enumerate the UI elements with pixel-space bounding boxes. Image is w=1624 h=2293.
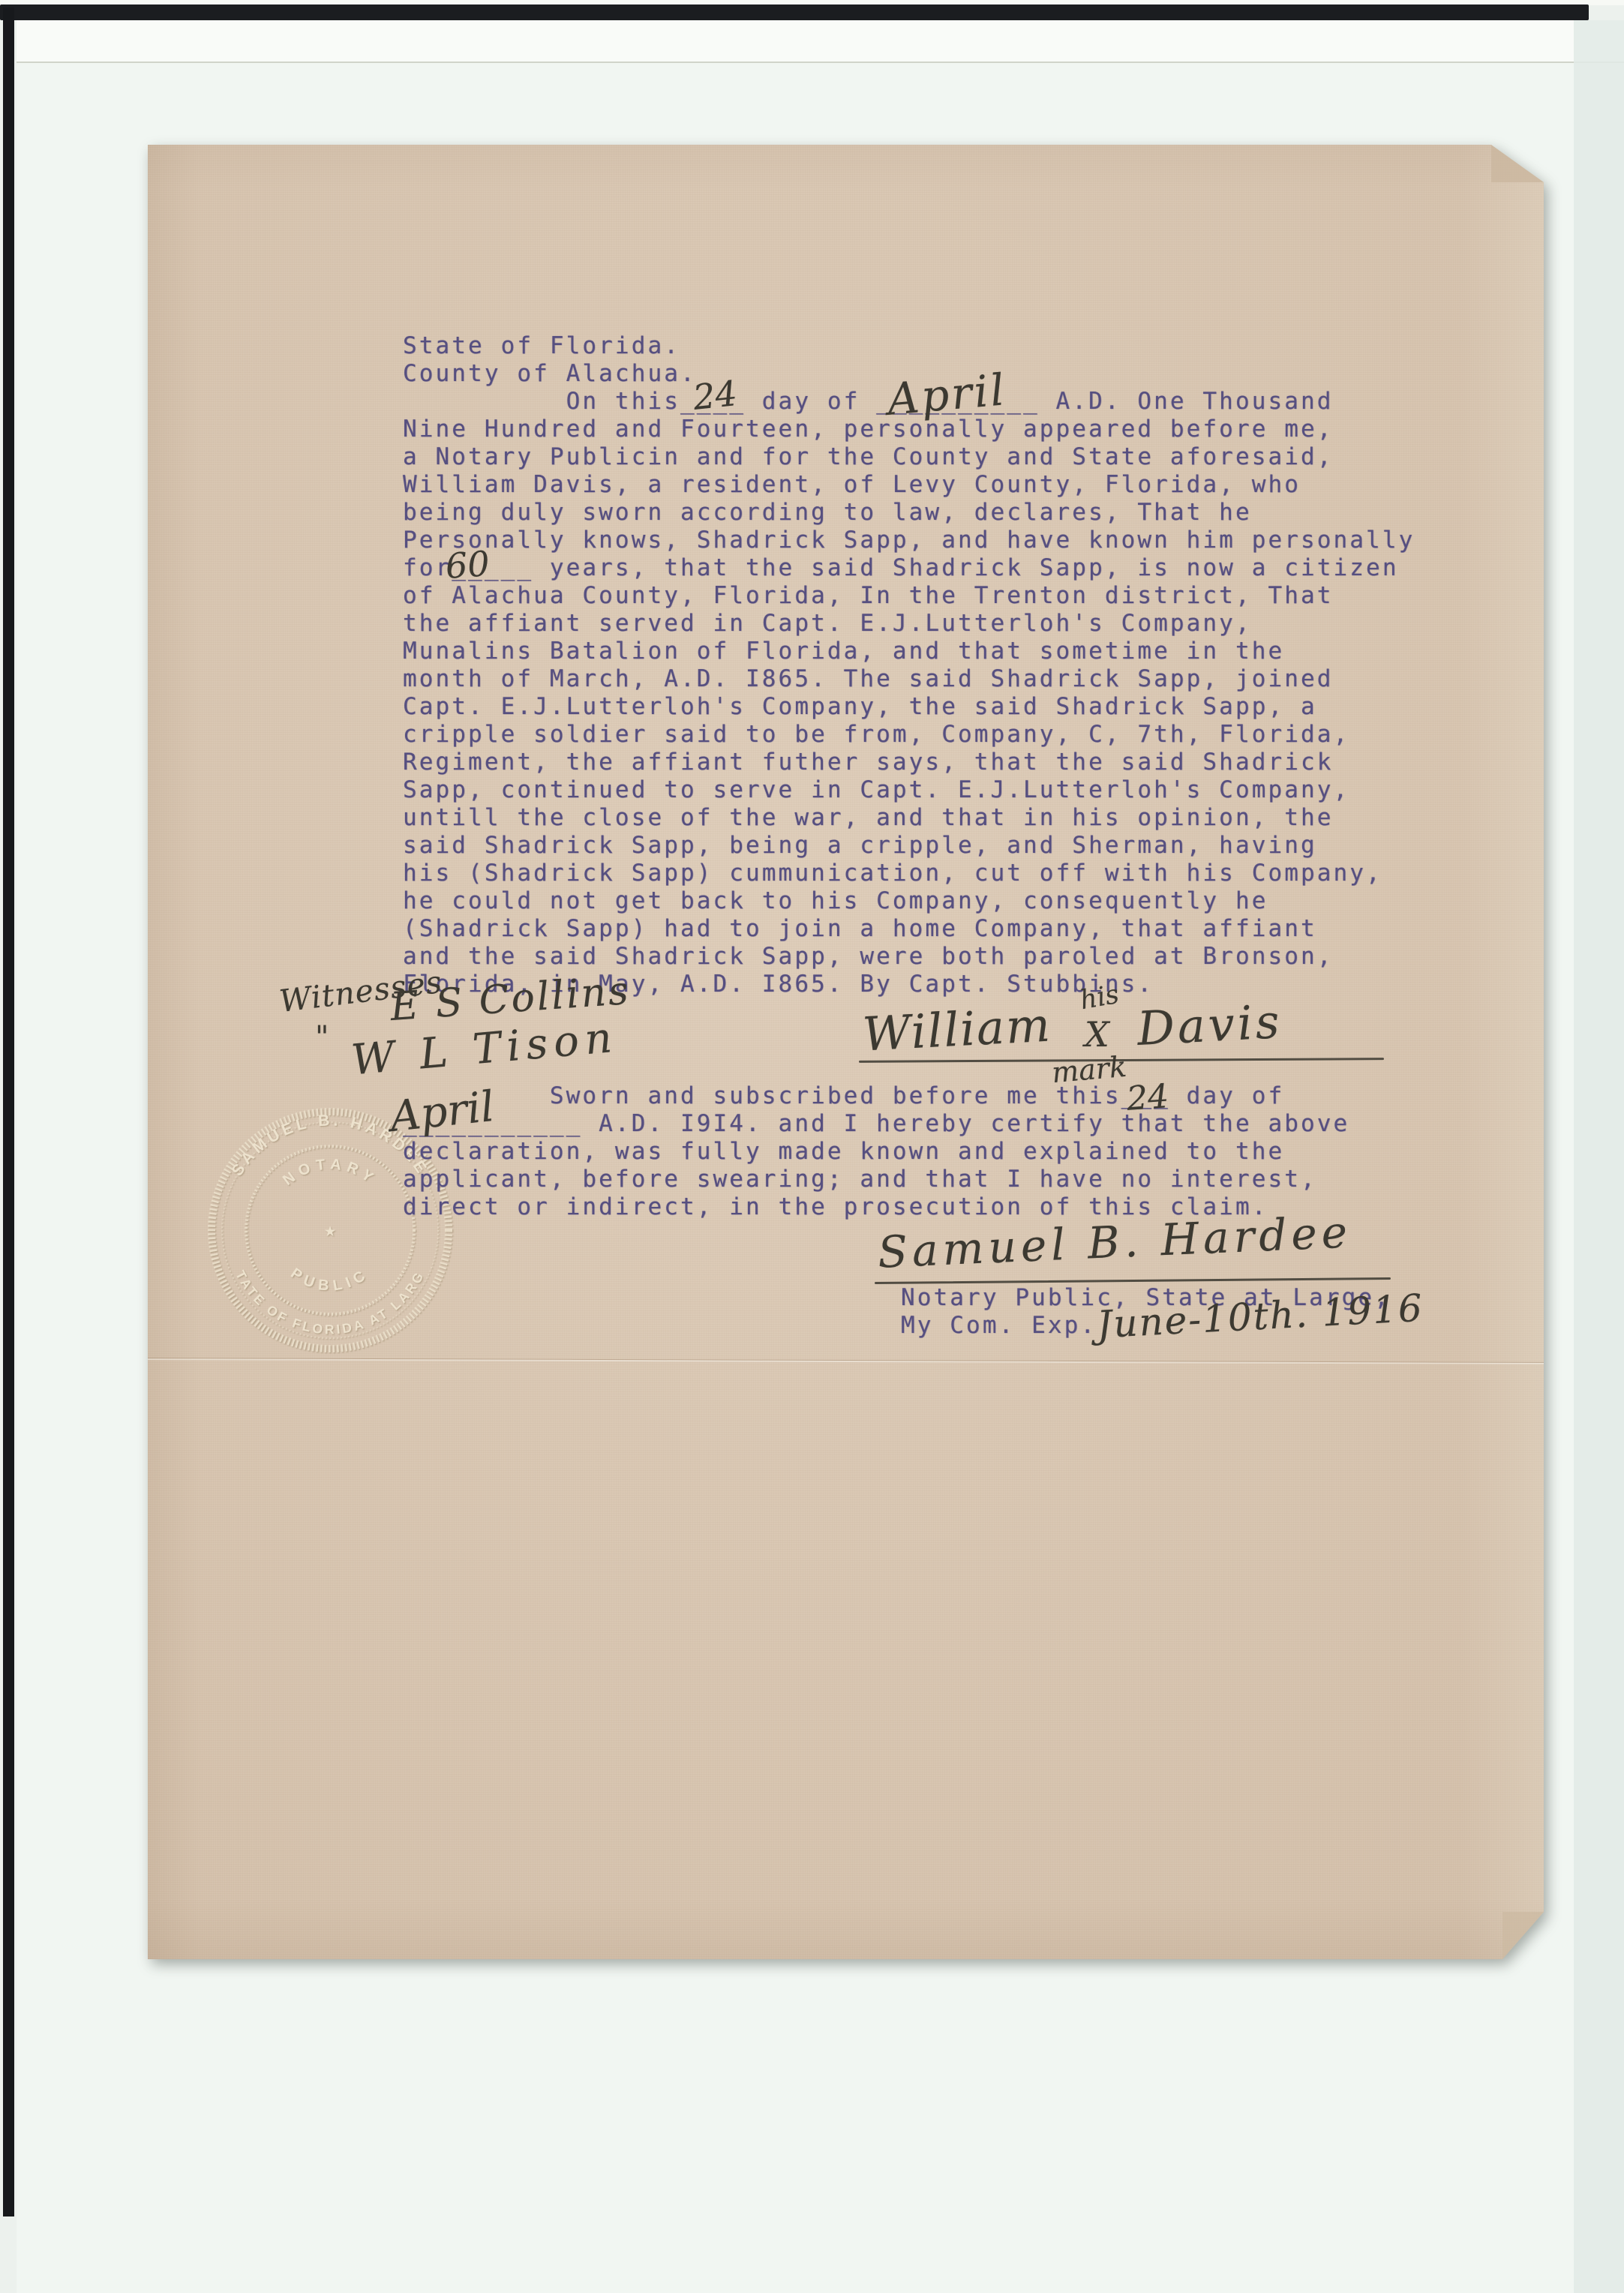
hw-month-entry-1: April: [885, 364, 1008, 425]
typed-line: William Davis, a resident, of Levy Count…: [403, 471, 1301, 498]
hw-day-entry-1: 24: [691, 373, 739, 418]
hw-signer-first-name: William: [861, 997, 1052, 1061]
backing-top-band: [17, 20, 1624, 62]
scanner-frame-top-bar: [0, 5, 1589, 20]
backing-seam-line: [17, 62, 1624, 63]
backing-right-shade: [1574, 20, 1624, 2293]
hw-ditto-mark: ": [315, 1020, 329, 1055]
hw-x-mark: X: [1085, 1014, 1109, 1055]
scanned-affidavit-page: { "palette": { "paper": "#dac7b2", "type…: [0, 0, 1624, 2293]
typed-line: On this____ day of __________ A.D. One T…: [403, 388, 1334, 415]
hw-years-known-entry: 60: [444, 543, 491, 587]
typed-line: of Alachua County, Florida, In the Trent…: [403, 582, 1334, 609]
typed-line: and the said Shadrick Sapp, were both pa…: [403, 943, 1334, 970]
hw-day-entry-2: 24: [1125, 1077, 1169, 1118]
typed-line: declaration, was fully made known and ex…: [403, 1138, 1284, 1165]
svg-text:NOTARY: NOTARY: [280, 1156, 380, 1189]
typed-line: said Shadrick Sapp, being a cripple, and…: [403, 832, 1317, 859]
typed-line: Sapp, continued to serve in Capt. E.J.Lu…: [403, 776, 1349, 803]
seal-word-public: PUBLIC: [287, 1265, 372, 1295]
typed-line: for_____ years, that the said Shadrick S…: [403, 554, 1399, 581]
hw-signer-last-name: Davis: [1136, 994, 1283, 1056]
commission-exp-label: My Com. Exp.: [901, 1312, 1097, 1339]
seal-word-notary: NOTARY: [280, 1156, 380, 1189]
typed-line: Munalins Batalion of Florida, and that s…: [403, 638, 1284, 665]
typed-line: ___________ A.D. I9I4. and I hereby cert…: [403, 1110, 1349, 1137]
typed-line: Regiment, the affiant futher says, that …: [403, 749, 1334, 776]
seal-star-icon: ★: [325, 1226, 336, 1238]
typed-line: Nine Hundred and Fourteen, personally ap…: [403, 416, 1334, 443]
typed-line: Personally knows, Shadrick Sapp, and hav…: [403, 527, 1415, 554]
typed-line: the affiant served in Capt. E.J.Lutterlo…: [403, 610, 1252, 637]
typed-line: State of Florida.: [403, 332, 680, 359]
typed-line: Capt. E.J.Lutterloh's Company, the said …: [403, 693, 1317, 720]
typed-line: month of March, A.D. I865. The said Shad…: [403, 665, 1334, 692]
typed-line: his (Shadrick Sapp) cummunication, cut o…: [403, 860, 1382, 887]
typed-line: he could not get back to his Company, co…: [403, 887, 1268, 914]
svg-text:PUBLIC: PUBLIC: [287, 1265, 372, 1295]
typed-line: untill the close of the war, and that in…: [403, 804, 1334, 831]
scanner-frame-left-bar: [3, 8, 14, 2216]
typed-line: cripple soldier said to be from, Company…: [403, 721, 1349, 748]
typed-line: applicant, before swearing; and that I h…: [403, 1166, 1317, 1193]
typed-line: County of Alachua.: [403, 360, 697, 387]
typed-line: a Notary Publicin and for the County and…: [403, 443, 1334, 470]
typed-line: (Shadrick Sapp) had to join a home Compa…: [403, 915, 1317, 942]
hw-mark-annotation: mark: [1050, 1050, 1127, 1090]
typed-line: being duly sworn according to law, decla…: [403, 499, 1252, 526]
